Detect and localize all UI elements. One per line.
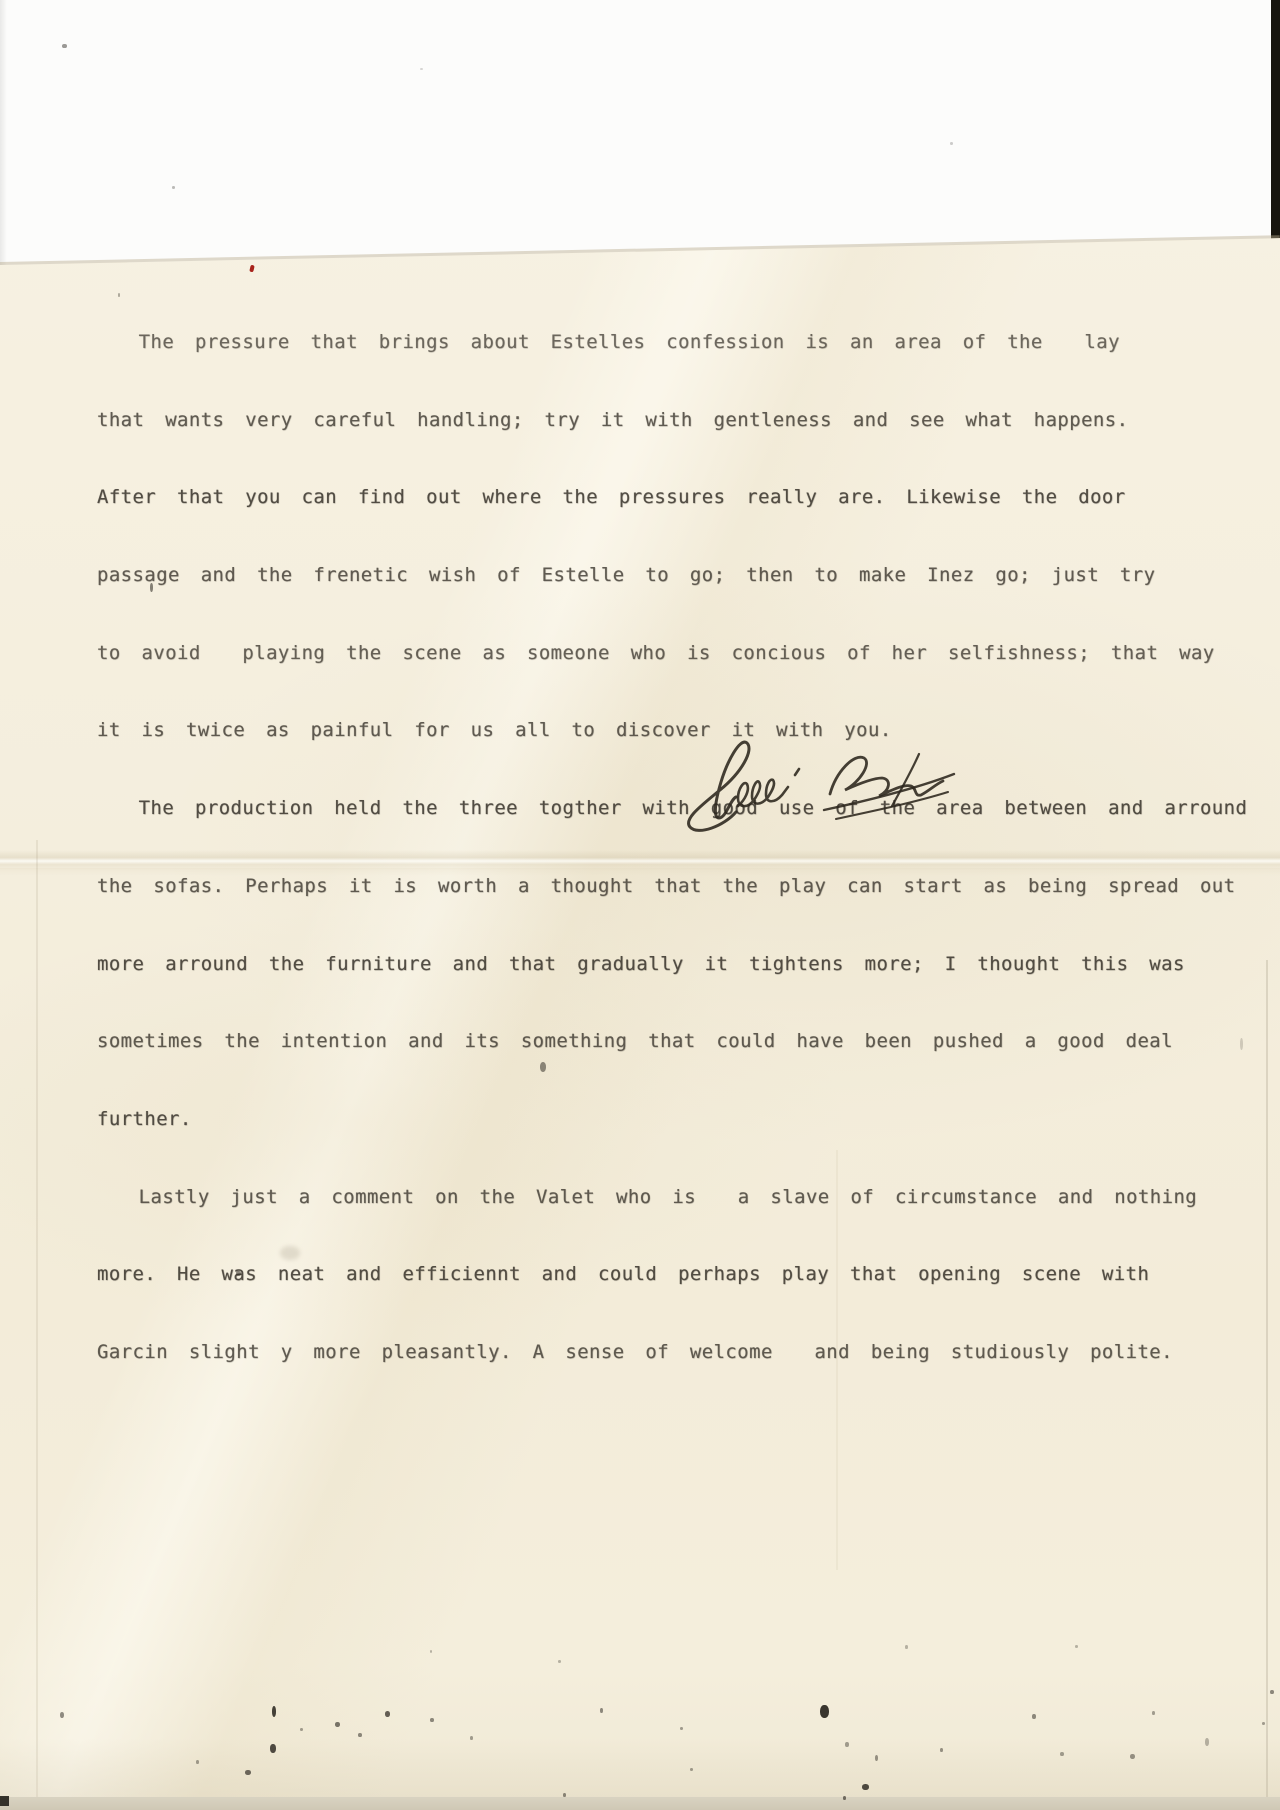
fold-crease-shadow — [0, 868, 1280, 876]
letter-line: passage and the frenetic wish of Estelle… — [97, 563, 1247, 589]
letter-line: more arround the furniture and that grad… — [97, 952, 1247, 978]
letter-line: sometimes the intention and its somethin… — [97, 1029, 1247, 1055]
scanner-edge-shade — [0, 0, 7, 268]
dust-speck — [245, 1770, 251, 1775]
dust-speck — [1270, 1690, 1274, 1694]
dust-speck — [690, 1768, 693, 1771]
dust-speck — [600, 1708, 603, 1713]
dust-speck — [563, 1793, 566, 1797]
letter-line: more. He was neat and efficiennt and cou… — [97, 1262, 1247, 1288]
dust-speck — [172, 186, 175, 189]
dust-speck — [845, 1742, 849, 1747]
dust-speck — [1152, 1711, 1155, 1715]
vertical-crease-left — [36, 840, 38, 1810]
dust-speck — [905, 1645, 908, 1649]
dust-speck — [540, 1062, 546, 1072]
dust-speck — [1060, 1752, 1064, 1756]
dust-speck — [430, 1718, 434, 1722]
dust-speck — [270, 1744, 276, 1753]
dust-speck — [62, 44, 67, 48]
ink-smudge — [280, 1246, 300, 1260]
vertical-crease-mid — [836, 1150, 838, 1570]
dust-speck — [1262, 1722, 1265, 1725]
dust-speck — [300, 1728, 303, 1731]
horizontal-fold-crease — [0, 850, 1280, 870]
scanned-letter-page: The pressure that brings about Estelles … — [0, 0, 1280, 1810]
scan-bottom-strip — [0, 1797, 1280, 1810]
letter-line: that wants very careful handling; try it… — [97, 408, 1247, 434]
letter-line: further. — [97, 1107, 1247, 1133]
dust-speck — [1240, 1038, 1243, 1050]
dust-speck — [272, 1706, 276, 1717]
dust-speck — [940, 1748, 943, 1752]
dust-speck — [385, 1711, 390, 1717]
dust-speck — [1205, 1738, 1209, 1746]
dust-speck — [950, 142, 953, 145]
letter-line: Lastly just a comment on the Valet who i… — [97, 1185, 1247, 1211]
dust-speck — [236, 1271, 241, 1276]
dust-speck — [150, 583, 153, 592]
dust-speck — [358, 1733, 362, 1737]
bottom-corner-mark — [0, 1796, 9, 1806]
letter-line: After that you can find out where the pr… — [97, 485, 1247, 511]
bottom-shading — [0, 1738, 1280, 1798]
letter-line: to avoid playing the scene as someone wh… — [97, 641, 1247, 667]
vertical-crease-right — [1266, 960, 1268, 1810]
dust-speck — [430, 1650, 432, 1653]
dust-speck — [843, 1796, 846, 1800]
letter-line: The pressure that brings about Estelles … — [97, 330, 1247, 356]
dust-speck — [680, 1727, 683, 1730]
dust-speck — [875, 1755, 878, 1761]
handwritten-signature — [648, 712, 978, 857]
dust-speck — [420, 68, 423, 70]
dust-speck — [60, 1712, 64, 1718]
dust-speck — [470, 1736, 473, 1740]
scan-gap-black-edge — [1271, 0, 1280, 241]
dust-speck — [820, 1705, 829, 1718]
dust-speck — [335, 1722, 340, 1727]
dust-speck — [1032, 1714, 1036, 1719]
letter-line: Garcin slight y more pleasantly. A sense… — [97, 1340, 1247, 1366]
dust-speck — [862, 1784, 869, 1790]
dust-speck — [1075, 1645, 1078, 1648]
dust-speck — [118, 293, 120, 297]
dust-speck — [1130, 1754, 1135, 1759]
dust-speck — [196, 1760, 199, 1764]
letter-line: the sofas. Perhaps it is worth a thought… — [97, 874, 1247, 900]
dust-speck — [558, 1660, 561, 1663]
